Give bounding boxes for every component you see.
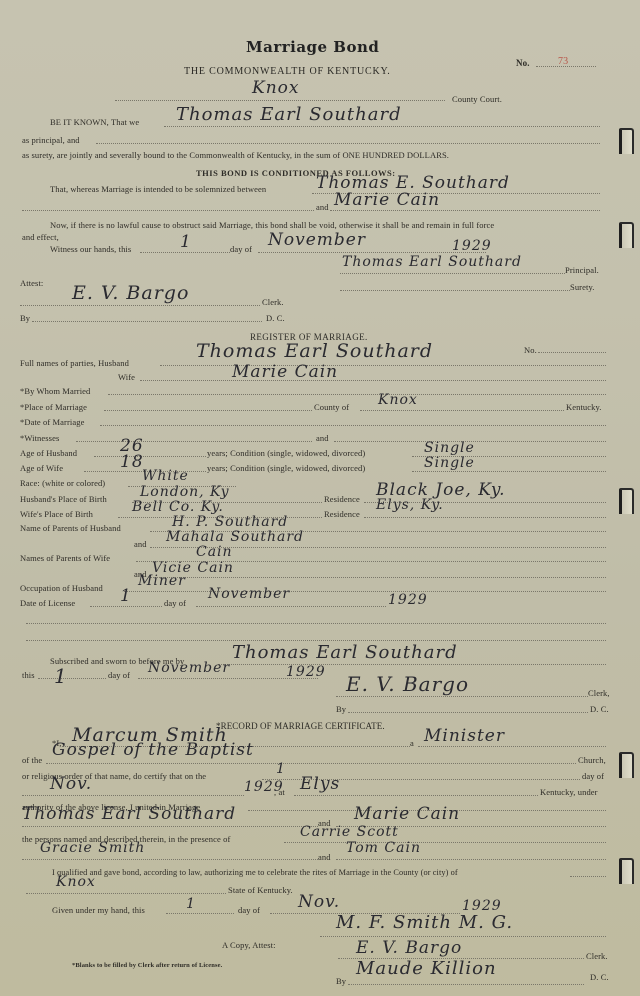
witness-day-value: 1 (180, 232, 192, 252)
witnesses-label: *Witnesses (20, 433, 59, 443)
place-of-marriage-label: *Place of Marriage (20, 402, 87, 412)
given-month-value: Nov. (298, 892, 340, 912)
husband-residence-label: Residence (324, 494, 360, 504)
witness-month-value: November (268, 230, 366, 250)
sworn-day-of-label: day of (108, 670, 130, 680)
principal-signature: Thomas Earl Southard (342, 254, 522, 270)
sworn-dc-label: D. C. (590, 704, 609, 714)
church-value: Gospel of the Baptist (52, 740, 254, 760)
parents-wife-label: Names of Parents of Wife (20, 553, 110, 563)
county-court-value: Knox (252, 78, 299, 98)
county-court-label: County Court. (452, 94, 502, 104)
wife-name-value: Marie Cain (232, 362, 338, 382)
sworn-clerk-label: Clerk, (588, 688, 610, 698)
sworn-day-value: 1 (54, 664, 68, 688)
witness3-value: Tom Cain (346, 840, 421, 856)
witness-and-label: and (318, 852, 331, 862)
race-label: Race: (white or colored) (20, 478, 105, 488)
be-it-known-label: BE IT KNOWN, That we (50, 117, 139, 127)
surety-text: as surety, are jointly and severally bou… (22, 150, 449, 160)
cert-month-value: Nov. (50, 774, 92, 794)
wife-birthplace-value: Bell Co. Ky. (132, 499, 224, 515)
husband-name-label: Full names of parties, Husband (20, 358, 129, 368)
given-day-value: 1 (186, 896, 196, 912)
wife-name-label: Wife (118, 372, 135, 382)
sworn-this-label: this (22, 670, 35, 680)
footnote: *Blanks to be filled by Clerk after retu… (72, 962, 222, 969)
register-county-value: Knox (378, 392, 418, 408)
bond-number-value: 73 (558, 56, 568, 67)
binder-tab-icon (619, 858, 634, 884)
cert-kentucky-under-label: Kentucky, under (540, 787, 598, 797)
age-wife-label: Age of Wife (20, 463, 63, 473)
given-under-label: Given under my hand, this (52, 905, 145, 915)
whereas-label: That, whereas Marriage is intended to be… (50, 184, 266, 194)
copy-clerk-signature: E. V. Bargo (356, 938, 462, 958)
certificate-heading: *RECORD OF MARRIAGE CERTIFICATE. (216, 721, 385, 731)
license-year-value: 1929 (388, 592, 428, 608)
sworn-month-value: November (148, 660, 230, 676)
husband-birthplace-label: Husband's Place of Birth (20, 494, 107, 504)
deputy-signature: Maude Killion (356, 958, 497, 979)
by-whom-married-label: *By Whom Married (20, 386, 90, 396)
license-day-value: 1 (120, 586, 132, 606)
binder-tab-icon (619, 488, 634, 514)
license-day-of-label: day of (164, 598, 186, 608)
age-wife-value: 18 (120, 452, 144, 472)
parent-husband-2-value: Mahala Southard (166, 529, 304, 545)
bride-value: Marie Cain (354, 804, 460, 824)
qualified-text: I qualified and gave bond, according to … (52, 868, 458, 877)
church-label: Church, (578, 755, 606, 765)
attest-clerk-label: Clerk. (262, 297, 284, 307)
attest-dc-label: D. C. (266, 313, 285, 323)
attest-label: Attest: (20, 278, 43, 288)
parent-wife-1-value: Cain (196, 544, 233, 560)
cert-place-value: Elys (300, 774, 340, 794)
document-subtitle: THE COMMONWEALTH OF KENTUCKY. (184, 66, 391, 77)
attest-clerk-signature: E. V. Bargo (72, 282, 189, 304)
cert-at-label: , at (274, 787, 285, 797)
binder-tab-icon (619, 752, 634, 778)
as-principal-label: as principal, and (22, 135, 80, 145)
sworn-clerk-signature: E. V. Bargo (346, 672, 469, 696)
condition-wife-label: years; Condition (single, widowed, divor… (207, 463, 365, 473)
wife-residence-label: Residence (324, 509, 360, 519)
of-the-label: of the (22, 755, 42, 765)
cert-county-value: Knox (56, 874, 96, 890)
witness2-value: Gracie Smith (40, 840, 145, 856)
principal-label: Principal. (565, 265, 599, 275)
condition-husband-value: Single (424, 440, 475, 456)
copy-by-label: By (336, 976, 346, 986)
state-of-kentucky-label: State of Kentucky. (228, 885, 293, 895)
marriage-bond-document: Marriage Bond THE COMMONWEALTH OF KENTUC… (0, 0, 640, 996)
binder-tab-icon (619, 128, 634, 154)
husband-name-value: Thomas Earl Southard (196, 340, 433, 362)
party2-value: Marie Cain (334, 190, 440, 210)
occupation-label: Occupation of Husband (20, 583, 103, 593)
sworn-year-value: 1929 (286, 664, 326, 680)
officiant-signature: M. F. Smith M. G. (336, 912, 513, 933)
parents-husband-and-label: and (134, 539, 147, 549)
occupation-value: Miner (138, 573, 186, 589)
wife-birthplace-label: Wife's Place of Birth (20, 509, 93, 519)
given-day-of-label: day of (238, 905, 260, 915)
principal-name-value: Thomas Earl Southard (176, 104, 402, 125)
husband-birthplace-value: London, Ky (140, 484, 230, 500)
subscriber-value: Thomas Earl Southard (232, 642, 458, 663)
witness-label: Witness our hands, this (50, 244, 131, 254)
attest-by-label: By (20, 313, 30, 323)
officiant-title-value: Minister (424, 726, 505, 746)
wife-residence-value: Elys, Ky. (376, 497, 444, 513)
now-text-line1: Now, if there is no lawful cause to obst… (50, 220, 494, 230)
county-of-label: County of (314, 402, 349, 412)
cert-day-value: 1 (276, 761, 286, 777)
cert-day-of-label: day of (582, 771, 604, 781)
copy-clerk-label: Clerk. (586, 951, 608, 961)
license-date-label: Date of License (20, 598, 75, 608)
witnesses-and-label: and (316, 433, 329, 443)
register-no-label: No. (524, 345, 537, 355)
document-title: Marriage Bond (246, 38, 379, 56)
witness-year-value: 1929 (452, 238, 492, 254)
now-text-line2: and effect, (22, 232, 59, 242)
cert-a-label: a (410, 738, 414, 748)
groom-value: Thomas Earl Southard (22, 804, 236, 824)
binder-tab-icon (619, 222, 634, 248)
parents-husband-label: Name of Parents of Husband (20, 523, 121, 533)
surety-label: Surety. (570, 282, 594, 292)
race-value: White (142, 468, 189, 484)
copy-dc-label: D. C. (590, 972, 609, 982)
bond-number-label: No. (516, 58, 530, 68)
condition-husband-label: years; Condition (single, widowed, divor… (207, 448, 365, 458)
sworn-by-label: By (336, 704, 346, 714)
condition-wife-value: Single (424, 455, 475, 471)
and-label: and (316, 202, 329, 212)
license-month-value: November (208, 586, 290, 602)
date-of-marriage-label: *Date of Marriage (20, 417, 84, 427)
parent-husband-1-value: H. P. Southard (172, 514, 288, 530)
witness-day-of-label: day of (230, 244, 252, 254)
age-husband-label: Age of Husband (20, 448, 77, 458)
register-kentucky-label: Kentucky. (566, 402, 602, 412)
copy-attest-label: A Copy, Attest: (222, 940, 276, 950)
witness1-value: Carrie Scott (300, 824, 399, 840)
